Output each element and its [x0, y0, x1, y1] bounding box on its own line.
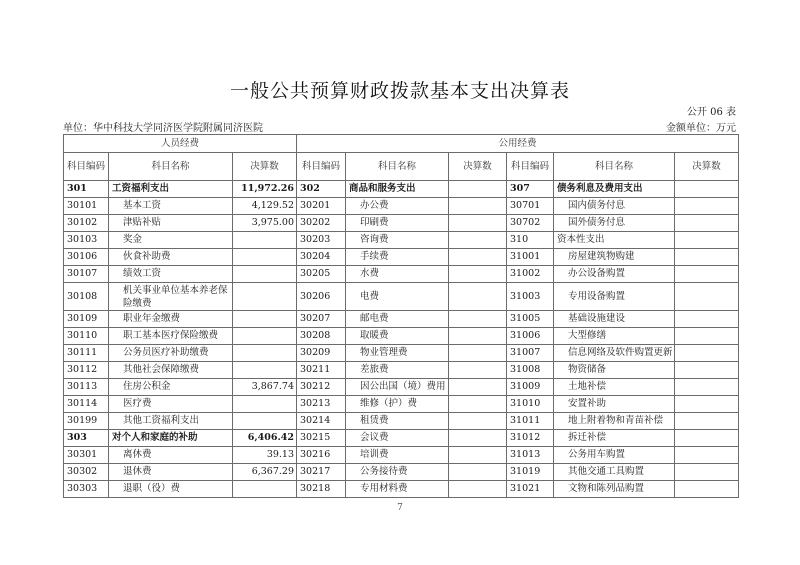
cell-amount: 4,129.52 [233, 198, 297, 215]
cell-amount [675, 249, 739, 266]
cell-name: 因公出国（境）费用 [346, 379, 449, 396]
cell-name: 医疗费 [109, 396, 233, 413]
cell-amount: 6,406.42 [233, 430, 297, 447]
cell-amount [675, 283, 739, 311]
group-header-personnel: 人员经费 [64, 135, 297, 153]
cell-amount [675, 232, 739, 249]
cell-code: 30114 [64, 396, 109, 413]
cell-code: 30113 [64, 379, 109, 396]
cell-amount [675, 481, 739, 498]
table-row: 301工资福利支出11,972.26302商品和服务支出307债务利息及费用支出 [64, 181, 739, 198]
cell-name: 其他工资福利支出 [109, 413, 233, 430]
cell-name: 对个人和家庭的补助 [109, 430, 233, 447]
table-row: 30199其他工资福利支出30214租赁费31011地上附着物和青苗补偿 [64, 413, 739, 430]
cell-code: 301 [64, 181, 109, 198]
cell-code: 31006 [507, 328, 554, 345]
cell-name: 国外债务付息 [554, 215, 675, 232]
cell-code: 31021 [507, 481, 554, 498]
cell-code: 30102 [64, 215, 109, 232]
cell-code: 31002 [507, 266, 554, 283]
cell-code: 303 [64, 430, 109, 447]
cell-amount [449, 215, 507, 232]
cell-name: 机关事业单位基本养老保险缴费 [109, 283, 233, 311]
cell-code: 30205 [297, 266, 346, 283]
cell-code: 31013 [507, 447, 554, 464]
cell-code: 30201 [297, 198, 346, 215]
table-body: 301工资福利支出11,972.26302商品和服务支出307债务利息及费用支出… [64, 181, 739, 498]
cell-code: 30218 [297, 481, 346, 498]
cell-amount [233, 311, 297, 328]
cell-name: 大型修缮 [554, 328, 675, 345]
cell-amount [449, 283, 507, 311]
col-header-code: 科目编码 [507, 153, 554, 181]
table-row: 30102津贴补贴3,975.0030202印刷费30702国外债务付息 [64, 215, 739, 232]
cell-name: 会议费 [346, 430, 449, 447]
cell-amount [233, 283, 297, 311]
cell-code: 31011 [507, 413, 554, 430]
cell-amount [449, 447, 507, 464]
col-header-amount: 决算数 [449, 153, 507, 181]
cell-code: 310 [507, 232, 554, 249]
cell-code: 30209 [297, 345, 346, 362]
table-row: 30301离休费39.1330216培训费31013公务用车购置 [64, 447, 739, 464]
cell-code: 31012 [507, 430, 554, 447]
cell-code: 31009 [507, 379, 554, 396]
cell-code: 30206 [297, 283, 346, 311]
cell-name: 绩效工资 [109, 266, 233, 283]
unit-label: 单位：华中科技大学同济医学院附属同济医院 [63, 119, 263, 134]
page-number: 7 [0, 503, 800, 513]
cell-code: 30211 [297, 362, 346, 379]
cell-amount: 11,972.26 [233, 181, 297, 198]
cell-amount: 3,867.74 [233, 379, 297, 396]
cell-amount [675, 345, 739, 362]
cell-name: 退休费 [109, 464, 233, 481]
cell-code: 30103 [64, 232, 109, 249]
cell-amount [233, 266, 297, 283]
cell-amount [449, 345, 507, 362]
table-row: 303对个人和家庭的补助6,406.4230215会议费31012拆迁补偿 [64, 430, 739, 447]
cell-amount [675, 266, 739, 283]
cell-amount [449, 396, 507, 413]
cell-code: 30301 [64, 447, 109, 464]
cell-code: 30108 [64, 283, 109, 311]
cell-code: 30101 [64, 198, 109, 215]
table-row: 30303退职（役）费30218专用材料费31021文物和陈列品购置 [64, 481, 739, 498]
table-row: 30110职工基本医疗保险缴费30208取暖费31006大型修缮 [64, 328, 739, 345]
cell-amount [449, 464, 507, 481]
cell-amount [449, 413, 507, 430]
cell-code: 30202 [297, 215, 346, 232]
cell-name: 津贴补贴 [109, 215, 233, 232]
cell-amount [233, 481, 297, 498]
form-number: 公开 06 表 [687, 103, 736, 118]
cell-amount [449, 181, 507, 198]
cell-code: 31019 [507, 464, 554, 481]
cell-code: 30215 [297, 430, 346, 447]
cell-amount [233, 249, 297, 266]
cell-name: 住房公积金 [109, 379, 233, 396]
cell-amount [675, 198, 739, 215]
table-row: 30103奖金30203咨询费310资本性支出 [64, 232, 739, 249]
col-header-code: 科目编码 [297, 153, 346, 181]
cell-code: 302 [297, 181, 346, 198]
cell-name: 基本工资 [109, 198, 233, 215]
cell-name: 土地补偿 [554, 379, 675, 396]
cell-name: 培训费 [346, 447, 449, 464]
group-header-row: 人员经费 公用经费 [64, 135, 739, 153]
cell-code: 30107 [64, 266, 109, 283]
cell-amount [233, 232, 297, 249]
col-header-amount: 决算数 [675, 153, 739, 181]
cell-name: 退职（役）费 [109, 481, 233, 498]
cell-amount [449, 328, 507, 345]
cell-amount [449, 232, 507, 249]
cell-amount: 3,975.00 [233, 215, 297, 232]
table-row: 30108机关事业单位基本养老保险缴费30206电费31003专用设备购置 [64, 283, 739, 311]
cell-amount [449, 481, 507, 498]
cell-amount [675, 362, 739, 379]
col-header-name: 科目名称 [346, 153, 449, 181]
cell-amount [675, 413, 739, 430]
cell-code: 30702 [507, 215, 554, 232]
cell-amount [675, 396, 739, 413]
cell-amount [449, 311, 507, 328]
table-row: 30302退休费6,367.2930217公务接待费31019其他交通工具购置 [64, 464, 739, 481]
cell-code: 30302 [64, 464, 109, 481]
cell-amount [675, 311, 739, 328]
cell-amount [675, 328, 739, 345]
table-row: 30113住房公积金3,867.7430212因公出国（境）费用31009土地补… [64, 379, 739, 396]
col-header-amount: 决算数 [233, 153, 297, 181]
table-row: 30109职业年金缴费30207邮电费31005基础设施建设 [64, 311, 739, 328]
cell-code: 30111 [64, 345, 109, 362]
cell-name: 信息网络及软件购置更新 [554, 345, 675, 362]
cell-amount [449, 266, 507, 283]
cell-name: 取暖费 [346, 328, 449, 345]
cell-code: 31007 [507, 345, 554, 362]
cell-amount [233, 413, 297, 430]
cell-name: 资本性支出 [554, 232, 675, 249]
cell-code: 30199 [64, 413, 109, 430]
cell-amount [675, 464, 739, 481]
cell-amount [449, 249, 507, 266]
cell-name: 咨询费 [346, 232, 449, 249]
cell-name: 物资储备 [554, 362, 675, 379]
table-row: 30107绩效工资30205水费31002办公设备购置 [64, 266, 739, 283]
cell-amount [449, 430, 507, 447]
cell-code: 31001 [507, 249, 554, 266]
cell-code: 30214 [297, 413, 346, 430]
expenditure-table: 人员经费 公用经费 科目编码 科目名称 决算数 科目编码 科目名称 决算数 科目… [63, 134, 739, 498]
table-row: 30114医疗费30213维修（护）费31010安置补助 [64, 396, 739, 413]
table-row: 30111公务员医疗补助缴费30209物业管理费31007信息网络及软件购置更新 [64, 345, 739, 362]
cell-name: 维修（护）费 [346, 396, 449, 413]
cell-code: 30207 [297, 311, 346, 328]
group-header-public: 公用经费 [297, 135, 739, 153]
cell-name: 专用材料费 [346, 481, 449, 498]
cell-name: 印刷费 [346, 215, 449, 232]
cell-name: 其他社会保障缴费 [109, 362, 233, 379]
cell-code: 30212 [297, 379, 346, 396]
cell-name: 伙食补助费 [109, 249, 233, 266]
cell-amount [675, 181, 739, 198]
cell-amount: 39.13 [233, 447, 297, 464]
cell-code: 30106 [64, 249, 109, 266]
column-header-row: 科目编码 科目名称 决算数 科目编码 科目名称 决算数 科目编码 科目名称 决算… [64, 153, 739, 181]
cell-code: 30217 [297, 464, 346, 481]
cell-name: 商品和服务支出 [346, 181, 449, 198]
cell-name: 基础设施建设 [554, 311, 675, 328]
cell-code: 31008 [507, 362, 554, 379]
cell-name: 房屋建筑物购建 [554, 249, 675, 266]
cell-name: 离休费 [109, 447, 233, 464]
table-row: 30112其他社会保障缴费30211差旅费31008物资储备 [64, 362, 739, 379]
cell-amount: 6,367.29 [233, 464, 297, 481]
cell-name: 租赁费 [346, 413, 449, 430]
cell-amount [233, 396, 297, 413]
cell-name: 物业管理费 [346, 345, 449, 362]
table-row: 30101基本工资4,129.5230201办公费30701国内债务付息 [64, 198, 739, 215]
money-unit-label: 金额单位：万元 [666, 119, 736, 134]
table-row: 30106伙食补助费30204手续费31001房屋建筑物购建 [64, 249, 739, 266]
cell-name: 职工基本医疗保险缴费 [109, 328, 233, 345]
cell-amount [449, 198, 507, 215]
cell-amount [233, 362, 297, 379]
col-header-code: 科目编码 [64, 153, 109, 181]
cell-code: 30213 [297, 396, 346, 413]
col-header-name: 科目名称 [109, 153, 233, 181]
cell-name: 文物和陈列品购置 [554, 481, 675, 498]
cell-amount [675, 379, 739, 396]
cell-name: 地上附着物和青苗补偿 [554, 413, 675, 430]
cell-code: 30110 [64, 328, 109, 345]
cell-name: 其他交通工具购置 [554, 464, 675, 481]
cell-name: 奖金 [109, 232, 233, 249]
cell-code: 30701 [507, 198, 554, 215]
cell-name: 手续费 [346, 249, 449, 266]
cell-code: 307 [507, 181, 554, 198]
cell-name: 公务用车购置 [554, 447, 675, 464]
cell-name: 职业年金缴费 [109, 311, 233, 328]
cell-amount [675, 215, 739, 232]
cell-code: 30303 [64, 481, 109, 498]
cell-name: 工资福利支出 [109, 181, 233, 198]
cell-name: 水费 [346, 266, 449, 283]
cell-name: 安置补助 [554, 396, 675, 413]
cell-code: 31003 [507, 283, 554, 311]
cell-name: 国内债务付息 [554, 198, 675, 215]
cell-amount [449, 362, 507, 379]
cell-code: 30109 [64, 311, 109, 328]
cell-name: 拆迁补偿 [554, 430, 675, 447]
cell-name: 债务利息及费用支出 [554, 181, 675, 198]
cell-code: 31010 [507, 396, 554, 413]
cell-name: 办公设备购置 [554, 266, 675, 283]
cell-code: 30203 [297, 232, 346, 249]
cell-amount [233, 328, 297, 345]
cell-name: 邮电费 [346, 311, 449, 328]
cell-amount [675, 430, 739, 447]
cell-amount [449, 379, 507, 396]
cell-name: 公务员医疗补助缴费 [109, 345, 233, 362]
cell-name: 公务接待费 [346, 464, 449, 481]
cell-amount [675, 447, 739, 464]
cell-name: 电费 [346, 283, 449, 311]
cell-name: 差旅费 [346, 362, 449, 379]
cell-amount [233, 345, 297, 362]
cell-code: 30208 [297, 328, 346, 345]
cell-code: 30216 [297, 447, 346, 464]
cell-code: 31005 [507, 311, 554, 328]
cell-name: 办公费 [346, 198, 449, 215]
cell-code: 30112 [64, 362, 109, 379]
page-title: 一般公共预算财政拨款基本支出决算表 [0, 76, 800, 103]
cell-code: 30204 [297, 249, 346, 266]
col-header-name: 科目名称 [554, 153, 675, 181]
cell-name: 专用设备购置 [554, 283, 675, 311]
